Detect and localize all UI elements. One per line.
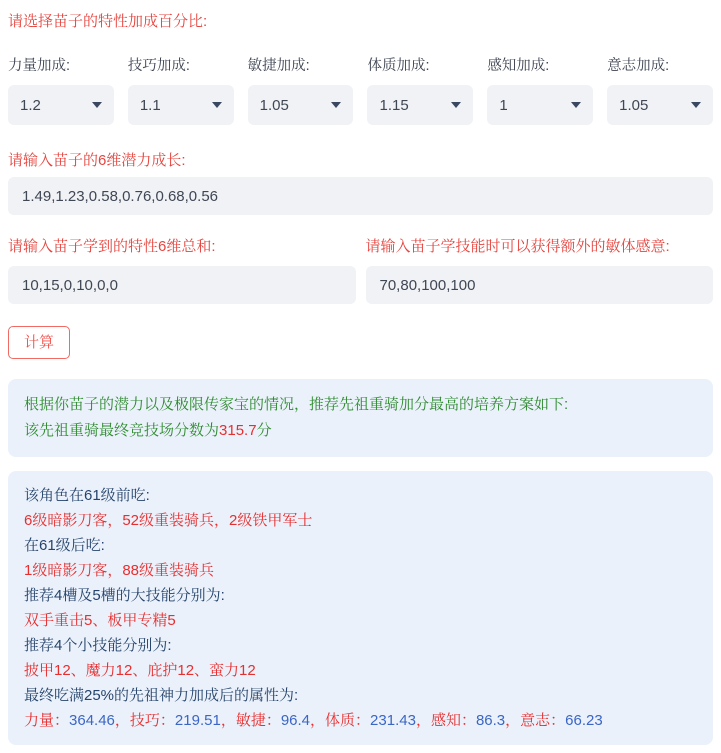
seedling-calculator-page: 请选择苗子的特性加成百分比: 力量加成: 1.2 技巧加成: 1.1 敏捷加成:… [0,0,721,753]
strength-bonus-value: 1.2 [20,97,41,114]
perception-bonus-label: 感知加成: [487,54,593,75]
pre61-label: 该角色在61级前吃: [24,483,697,508]
summary-panel: 根据你苗子的潜力以及极限传家宝的情况，推荐先祖重骑加分最高的培养方案如下: 该先… [8,379,713,457]
inputs-row: 请输入苗子学到的特性6维总和: 请输入苗子学技能时可以获得额外的敏体感意: [8,237,713,304]
chevron-down-icon [451,102,461,108]
summary-score-prefix: 该先祖重骑最终竞技场分数为 [24,422,219,439]
constitution-bonus-select[interactable]: 1.15 [367,85,473,125]
chevron-down-icon [331,102,341,108]
post61-classes: 1级暗影刀客，88级重装骑兵 [24,558,697,583]
stat-label: ，感知： [416,712,476,729]
skill-bonus-label: 技巧加成: [128,54,234,75]
traits-section-title: 请输入苗子学到的特性6维总和: [8,237,356,257]
extra-input[interactable] [366,266,714,304]
big-skills-label: 推荐4槽及5槽的大技能分别为: [24,583,697,608]
skill-bonus-select[interactable]: 1.1 [128,85,234,125]
potential-section-title: 请输入苗子的6维潜力成长: [8,151,713,171]
summary-score-suffix: 分 [257,422,272,439]
chevron-down-icon [571,102,581,108]
stat-value: 231.43 [370,712,416,729]
detail-panel: 该角色在61级前吃: 6级暗影刀客，52级重装骑兵，2级铁甲军士 在61级后吃:… [8,471,713,745]
extra-section-title: 请输入苗子学技能时可以获得额外的敏体感意: [366,237,714,257]
extra-column: 请输入苗子学技能时可以获得额外的敏体感意: [366,237,714,304]
final-stats-line: 力量：364.46，技巧：219.51，敏捷：96.4，体质：231.43，感知… [24,708,697,733]
summary-line1: 根据你苗子的潜力以及极限传家宝的情况，推荐先祖重骑加分最高的培养方案如下: [24,392,697,418]
stat-label: ，技巧： [115,712,175,729]
stat-value: 96.4 [281,712,310,729]
small-skills-value: 披甲12、魔力12、庇护12、蛮力12 [24,658,697,683]
final-attrs-label: 最终吃满25%的先祖神力加成后的属性为: [24,683,697,708]
strength-bonus-select[interactable]: 1.2 [8,85,114,125]
summary-line2: 该先祖重骑最终竞技场分数为315.7分 [24,418,697,444]
small-skills-label: 推荐4个小技能分别为: [24,633,697,658]
big-skills-value: 双手重击5、板甲专精5 [24,608,697,633]
agility-bonus-value: 1.05 [260,97,289,114]
willpower-bonus-value: 1.05 [619,97,648,114]
arena-score-value: 315.7 [219,422,257,439]
chevron-down-icon [691,102,701,108]
stat-value: 66.23 [565,712,603,729]
bonus-group-strength: 力量加成: 1.2 [8,54,114,125]
chevron-down-icon [92,102,102,108]
post61-label: 在61级后吃: [24,533,697,558]
constitution-bonus-value: 1.15 [379,97,408,114]
traits-column: 请输入苗子学到的特性6维总和: [8,237,356,304]
bonus-group-willpower: 意志加成: 1.05 [607,54,713,125]
calculate-button[interactable]: 计算 [8,326,70,359]
traits-input[interactable] [8,266,356,304]
bonus-group-skill: 技巧加成: 1.1 [128,54,234,125]
stat-label: ，意志： [505,712,565,729]
skill-bonus-value: 1.1 [140,97,161,114]
stat-label: 力量： [24,712,69,729]
perception-bonus-select[interactable]: 1 [487,85,593,125]
stat-value: 86.3 [476,712,505,729]
stat-label: ，敏捷： [221,712,281,729]
bonus-select-row: 力量加成: 1.2 技巧加成: 1.1 敏捷加成: 1.05 体质加成: 1.1… [8,54,713,125]
bonus-group-agility: 敏捷加成: 1.05 [248,54,354,125]
stat-value: 364.46 [69,712,115,729]
willpower-bonus-select[interactable]: 1.05 [607,85,713,125]
stat-value: 219.51 [175,712,221,729]
willpower-bonus-label: 意志加成: [607,54,713,75]
bonus-group-perception: 感知加成: 1 [487,54,593,125]
perception-bonus-value: 1 [499,97,507,114]
agility-bonus-select[interactable]: 1.05 [248,85,354,125]
agility-bonus-label: 敏捷加成: [248,54,354,75]
constitution-bonus-label: 体质加成: [367,54,473,75]
stat-label: ，体质： [310,712,370,729]
chevron-down-icon [212,102,222,108]
strength-bonus-label: 力量加成: [8,54,114,75]
bonus-section-title: 请选择苗子的特性加成百分比: [8,12,713,32]
pre61-classes: 6级暗影刀客，52级重装骑兵，2级铁甲军士 [24,508,697,533]
potential-input[interactable] [8,177,713,215]
bonus-group-constitution: 体质加成: 1.15 [367,54,473,125]
